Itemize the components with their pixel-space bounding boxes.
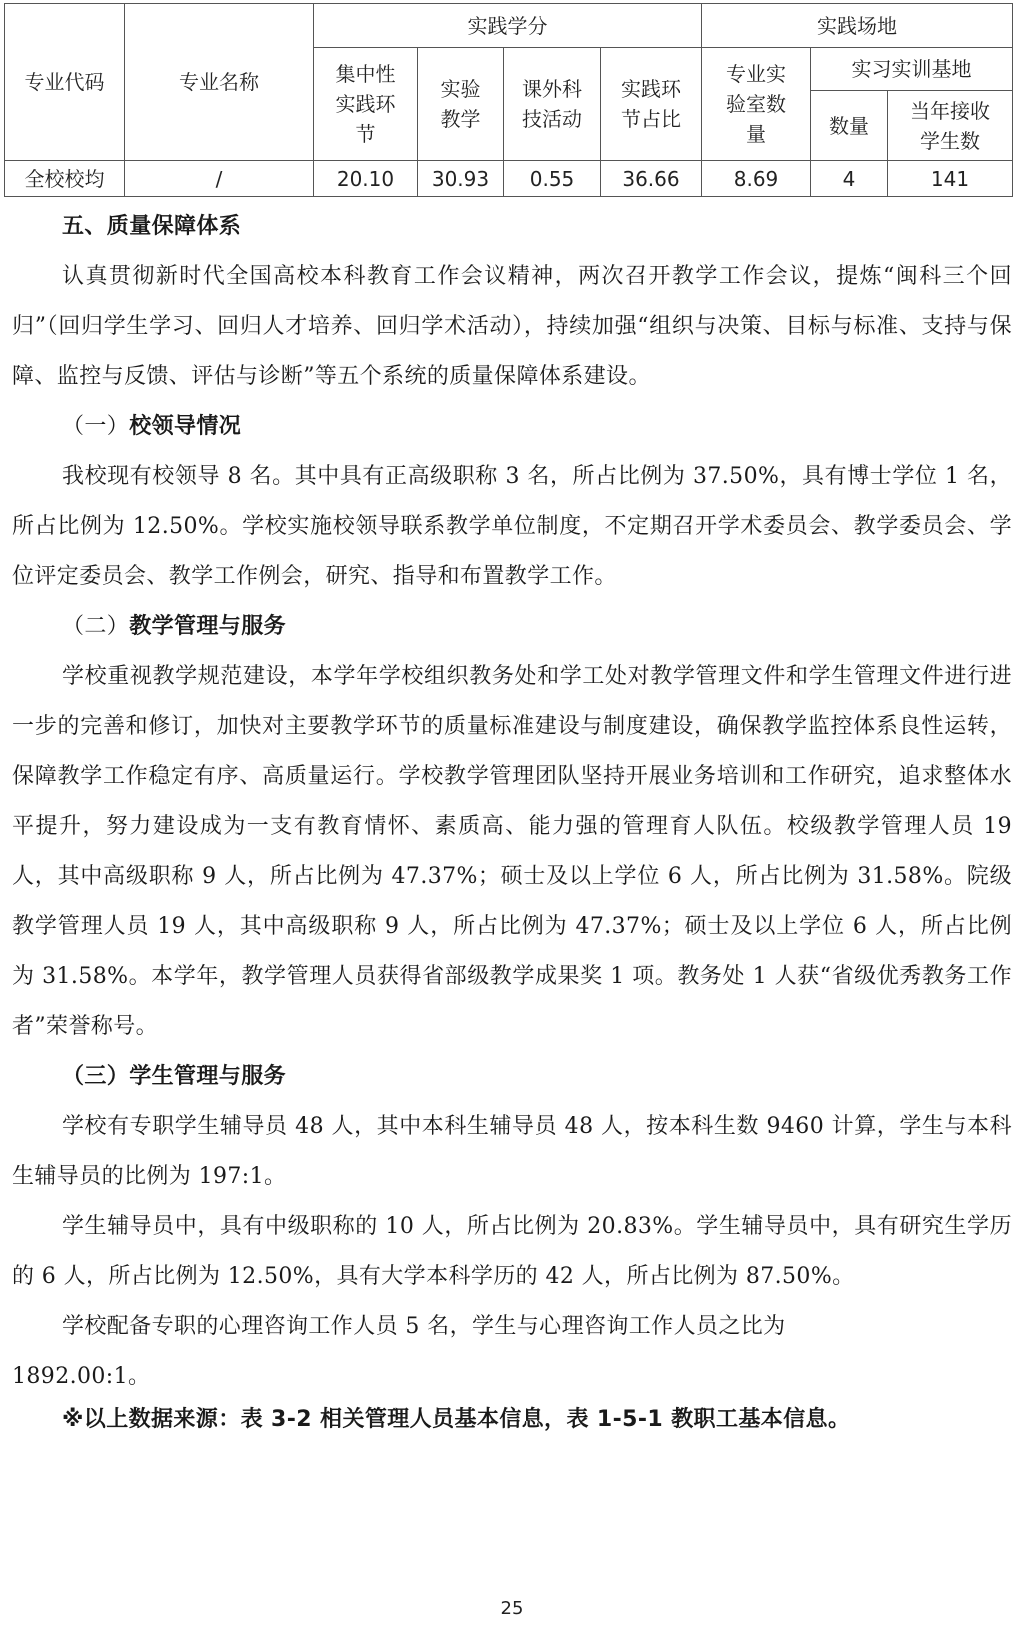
cell-students-received: 141: [888, 161, 1013, 197]
header-label: 当年接收学生数: [910, 96, 990, 156]
header-base-count: 数量: [811, 91, 888, 161]
source-note: ※以上数据来源：表 3-2 相关管理人员基本信息，表 1-5-1 教职工基本信息…: [12, 1402, 1012, 1438]
subsection-title: 校领导情况: [129, 414, 241, 439]
ratio-line: 1892.00:1。: [12, 1352, 1012, 1402]
document-body: 五、质量保障体系 认真贯彻新时代全国高校本科教育工作会议精神，两次召开教学工作会…: [12, 202, 1012, 1438]
cell-base-count: 4: [811, 161, 888, 197]
header-major-name: 专业名称: [125, 4, 314, 161]
header-label: 实验教学: [441, 74, 481, 134]
section-title: 五、质量保障体系: [12, 202, 1012, 252]
subsection-heading-1: （一）校领导情况: [12, 402, 1012, 452]
cell-major-name: /: [125, 161, 314, 197]
subsection-number: （一）: [62, 414, 129, 439]
header-practice-credits: 实践学分: [314, 4, 702, 48]
header-practice-ratio: 实践环节占比: [601, 48, 702, 161]
section-intro: 认真贯彻新时代全国高校本科教育工作会议精神，两次召开教学工作会议，提炼“闽科三个…: [12, 252, 1012, 402]
cell-major-code: 全校校均: [5, 161, 125, 197]
header-major-code: 专业代码: [5, 4, 125, 161]
document-page: 专业代码 专业名称 实践学分 实践场地 集中性实践环节 实验教学 课外科技活动 …: [0, 0, 1024, 1637]
subsection-heading-3: （三）学生管理与服务: [12, 1052, 1012, 1102]
header-label: 课外科技活动: [522, 74, 582, 134]
header-lab-count: 专业实验室数量: [702, 48, 811, 161]
header-label: 集中性实践环节: [336, 59, 396, 149]
cell-lab-count: 8.69: [702, 161, 811, 197]
cell-concentrated-practice: 20.10: [314, 161, 418, 197]
header-label: 实践环节占比: [621, 74, 681, 134]
paragraph: 学校配备专职的心理咨询工作人员 5 名，学生与心理咨询工作人员之比为: [12, 1302, 1012, 1352]
header-extracurricular: 课外科技活动: [504, 48, 601, 161]
subsection-heading-2: （二）教学管理与服务: [12, 602, 1012, 652]
practice-credits-table: 专业代码 专业名称 实践学分 实践场地 集中性实践环节 实验教学 课外科技活动 …: [4, 3, 1013, 197]
subsection-title: 学生管理与服务: [129, 1064, 286, 1089]
header-practice-sites: 实践场地: [702, 4, 1013, 48]
cell-extracurricular: 0.55: [504, 161, 601, 197]
paragraph: 学校有专职学生辅导员 48 人，其中本科生辅导员 48 人，按本科生数 9460…: [12, 1102, 1012, 1202]
table-row: 全校校均 / 20.10 30.93 0.55 36.66 8.69 4 141: [5, 161, 1013, 197]
paragraph: 学生辅导员中，具有中级职称的 10 人，所占比例为 20.83%。学生辅导员中，…: [12, 1202, 1012, 1302]
cell-experiment-teaching: 30.93: [418, 161, 504, 197]
paragraph: 我校现有校领导 8 名。其中具有正高级职称 3 名，所占比例为 37.50%，具…: [12, 452, 1012, 602]
header-experiment-teaching: 实验教学: [418, 48, 504, 161]
page-number: 25: [0, 1598, 1024, 1619]
header-label: 专业实验室数量: [726, 59, 786, 149]
header-students-received: 当年接收学生数: [888, 91, 1013, 161]
header-concentrated-practice: 集中性实践环节: [314, 48, 418, 161]
cell-practice-ratio: 36.66: [601, 161, 702, 197]
subsection-number: （三）: [62, 1064, 129, 1089]
header-internship-base: 实习实训基地: [811, 48, 1013, 91]
subsection-title: 教学管理与服务: [129, 614, 286, 639]
paragraph: 学校重视教学规范建设，本学年学校组织教务处和学工处对教学管理文件和学生管理文件进…: [12, 652, 1012, 1052]
subsection-number: （二）: [62, 614, 129, 639]
